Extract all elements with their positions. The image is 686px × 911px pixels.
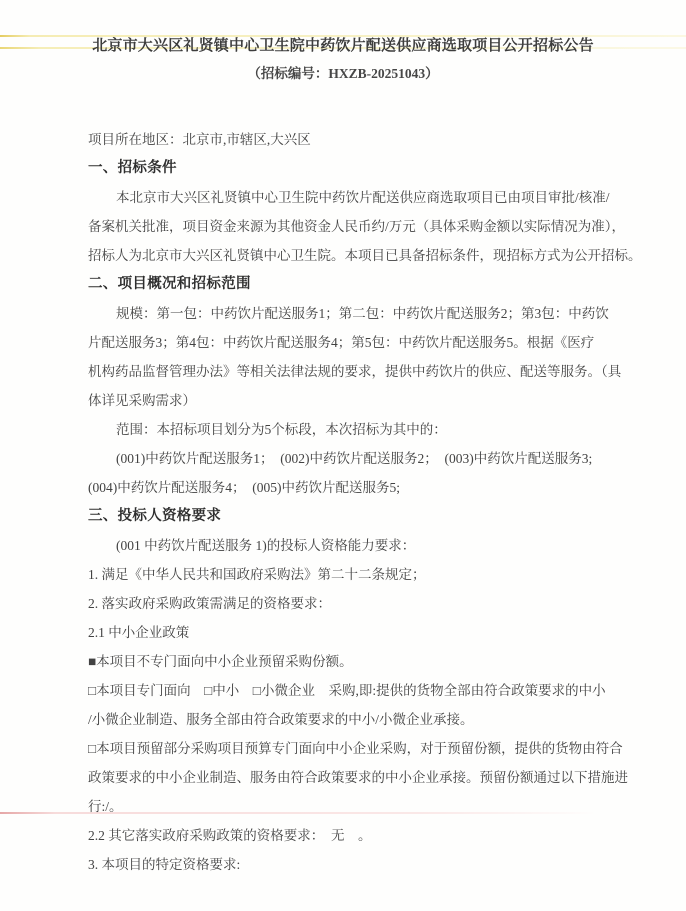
paragraph-line: (001 中药饮片配送服务 1)的投标人资格能力要求： [88,531,605,560]
checkbox-empty-line: □本项目预留部分采购项目预算专门面向中小企业采购，对于预留份额，提供的货物由符合 [88,734,605,763]
requirement-line: 2.1 中小企业政策 [88,618,605,647]
paragraph-line: 机构药品监督管理办法》等相关法律法规的要求，提供中药饮片的供应、配送等服务。（具 [88,357,605,386]
lot-list-line: (001)中药饮片配送服务1； (002)中药饮片配送服务2； (003)中药饮… [88,444,605,473]
paragraph-line: 范围：本招标项目划分为5个标段，本次招标为其中的： [88,415,605,444]
paragraph-line: 招标人为北京市大兴区礼贤镇中心卫生院。本项目已具备招标条件，现招标方式为公开招标… [88,241,605,270]
document-page: 北京市大兴区礼贤镇中心卫生院中药饮片配送供应商选取项目公开招标公告 （招标编号：… [0,0,686,911]
requirement-line: 2. 落实政府采购政策需满足的资格要求： [88,589,605,618]
requirement-line: 1. 满足《中华人民共和国政府采购法》第二十二条规定； [88,560,605,589]
paragraph-line: 体详见采购需求） [88,386,605,415]
section-2-heading: 二、项目概况和招标范围 [88,270,605,299]
paragraph-line: 行:/。 [88,792,605,821]
paragraph-line: 规模：第一包：中药饮片配送服务1；第二包：中药饮片配送服务2；第3包：中药饮 [88,299,605,328]
checkbox-filled-line: ■本项目不专门面向中小企业预留采购份额。 [88,647,605,676]
paragraph-line: 本北京市大兴区礼贤镇中心卫生院中药饮片配送供应商选取项目已由项目审批/核准/ [88,183,605,212]
lot-list-line: (004)中药饮片配送服务4； (005)中药饮片配送服务5; [88,473,605,502]
section-3-heading: 三、投标人资格要求 [88,502,605,531]
requirement-line: 3. 本项目的特定资格要求: [88,850,605,879]
checkbox-empty-line: □本项目专门面向 □中小 □小微企业 采购,即:提供的货物全部由符合政策要求的中… [88,676,605,705]
document-body: 项目所在地区：北京市,市辖区,大兴区 一、招标条件 本北京市大兴区礼贤镇中心卫生… [88,125,605,879]
paragraph-line: 备案机关批准，项目资金来源为其他资金人民币约/万元（具体采购金额以实际情况为准）… [88,212,605,241]
paragraph-line: 片配送服务3；第4包：中药饮片配送服务4；第5包：中药饮片配送服务5。根据《医疗 [88,328,605,357]
section-1-heading: 一、招标条件 [88,154,605,183]
paragraph-line: 政策要求的中小企业制造、服务由符合政策要求的中小企业承接。预留份额通过以下措施进 [88,763,605,792]
paragraph-line: /小微企业制造、服务全部由符合政策要求的中小/小微企业承接。 [88,705,605,734]
location-line: 项目所在地区：北京市,市辖区,大兴区 [88,125,605,154]
document-tender-number: （招标编号：HXZB-20251043） [0,64,686,84]
requirement-line: 2.2 其它落实政府采购政策的资格要求： 无 。 [88,821,605,850]
document-title: 北京市大兴区礼贤镇中心卫生院中药饮片配送供应商选取项目公开招标公告 [0,36,686,56]
